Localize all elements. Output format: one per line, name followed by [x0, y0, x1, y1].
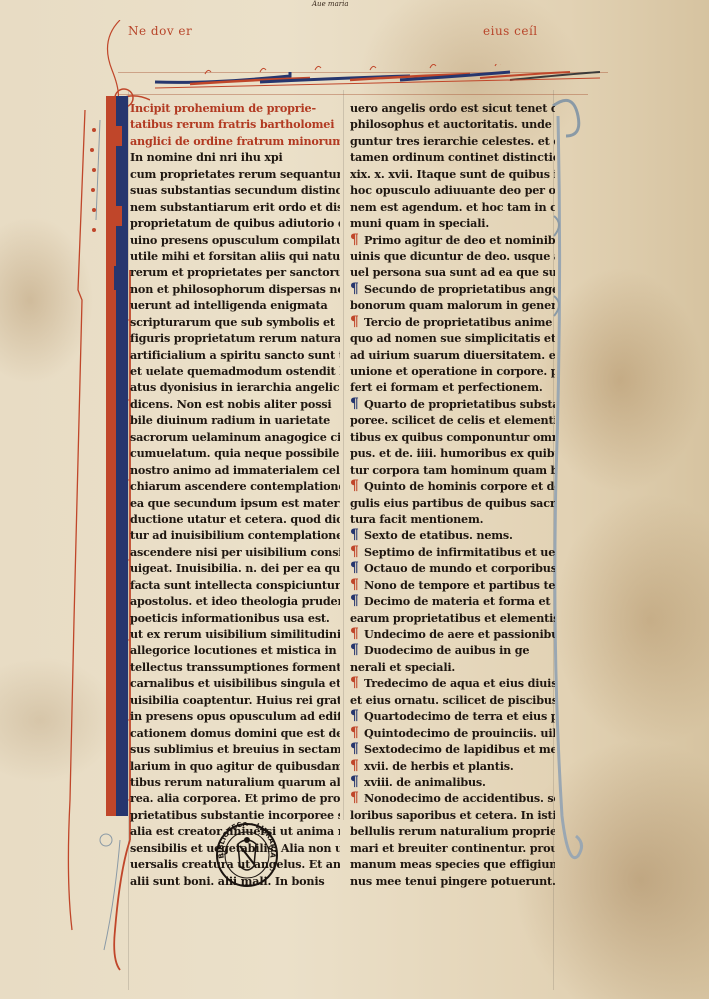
paragraph-initial-blue: ¶ — [350, 594, 362, 608]
text-line: pus. et de. iiii. humoribus ex quibus co… — [350, 445, 555, 461]
text-line-content: uel persona sua sunt ad ea que sunt fil … — [350, 265, 555, 279]
text-line-content: unione et operatione in corpore. prout c… — [350, 364, 555, 378]
text-line-content: Primo agitur de deo et nominibus di — [364, 233, 555, 247]
text-line-content: Quartodecimo de terra et eius partibus. — [364, 709, 555, 723]
top-border-flourish — [150, 64, 600, 94]
text-line: prietatibus substantie incorporee secund… — [130, 807, 340, 823]
text-line: chiarum ascendere contemplationem nisi — [130, 478, 340, 494]
text-line: cationem domus domini que est dei glo — [130, 725, 340, 741]
text-line: larium in quo agitur de quibusdam propie… — [130, 758, 340, 774]
text-line-content: Secundo de proprietatibus angelorum tam — [364, 282, 555, 296]
text-line: cumuelatum. quia neque possibile est — [130, 445, 340, 461]
text-line: sacrorum uelaminum anagogice cir — [130, 429, 340, 445]
text-line: nerali et speciali. — [350, 659, 555, 675]
text-line: ¶Undecimo de aere et passionibus eius. — [350, 626, 555, 642]
text-line-content: et eius ornatu. scilicet de piscibus. — [350, 693, 555, 707]
text-line: ¶xviii. de animalibus. — [350, 774, 555, 790]
text-line: quo ad nomen sue simplicitatis et quo — [350, 330, 555, 346]
text-line: ¶Sexto de etatibus. nems. — [350, 527, 555, 543]
text-line: earum proprietatibus et elementis. — [350, 610, 555, 626]
text-line-content: tibus ex quibus componuntur omne cor — [350, 430, 555, 444]
text-line-content: Duodecimo de auibus in ge — [364, 643, 529, 657]
text-line-content: xvii. de herbis et plantis. — [364, 759, 514, 773]
text-line: muni quam in speciali. — [350, 215, 555, 231]
text-line: nostro animo ad immaterialem celestium i… — [130, 462, 340, 478]
text-line: ¶Decimo de materia et forma et — [350, 593, 555, 609]
text-line-content: uinis que dicuntur de deo. usque ad esse… — [350, 249, 555, 263]
ruling-line-mid — [343, 90, 344, 820]
text-line: poeticis informationibus usa est. — [130, 610, 340, 626]
paragraph-initial-blue: ¶ — [350, 643, 362, 657]
text-line-content: pus. et de. iiii. humoribus ex quibus co… — [350, 446, 555, 460]
text-line: non et philosophorum dispersas non cogno — [130, 281, 340, 297]
text-line: fert ei formam et perfectionem. — [350, 379, 555, 395]
text-line: cum proprietates rerum sequantur — [130, 166, 340, 182]
paragraph-initial-blue: ¶ — [350, 709, 362, 723]
text-line: ¶Quartodecimo de terra et eius partibus. — [350, 708, 555, 724]
rubric-line: anglici de ordine fratrum minorum. — [130, 133, 340, 149]
text-line: utile mihi et forsitan aliis qui naturas — [130, 248, 340, 264]
ruling-line-head — [118, 94, 588, 95]
running-head-right: eius ceíl — [483, 24, 538, 38]
text-line-content: poree. scilicet de celis et elementis at… — [350, 413, 555, 427]
text-line-content: uero angelis ordo est sicut tenet dyoni — [350, 101, 555, 115]
top-note: Aue maria — [312, 0, 349, 8]
text-line-content: Tercio de proprietatibus anime rationali… — [364, 315, 555, 329]
text-line: xix. x. xvii. Itaque sunt de quibus in — [350, 166, 555, 182]
text-line: nem substantiarum erit ordo et distincti… — [130, 199, 340, 215]
text-line: ¶Secundo de proprietatibus angelorum tam — [350, 281, 555, 297]
text-line-content: fert ei formam et perfectionem. — [350, 380, 543, 394]
text-line: uigeat. Inuisibilia. n. dei per ea que — [130, 560, 340, 576]
text-line-content: Quintodecimo de prouinciis. uilis — [364, 726, 555, 740]
text-line-content: nus mee tenui pingere potuerunt. In — [350, 874, 555, 888]
text-line-content: gulis eius partibus de quibus sacra scri… — [350, 496, 555, 510]
text-line: poree. scilicet de celis et elementis at… — [350, 412, 555, 428]
text-line-content: manum meas species que effigiunt ma — [350, 857, 555, 871]
text-line-content: bellulis rerum naturalium proprietates s… — [350, 824, 555, 838]
text-line: ¶Quarto de proprietatibus substantie cor — [350, 396, 555, 412]
text-line: tamen ordinum continet distinctiones — [350, 149, 555, 165]
text-line: figuris proprietatum rerum naturalium et — [130, 330, 340, 346]
text-column-left: Incipit prohemium de proprie- tatibus re… — [130, 100, 340, 889]
text-line: tellectus transsumptiones formentur. et … — [130, 659, 340, 675]
text-line: artificialium a spiritu sancto sunt trad… — [130, 347, 340, 363]
text-line: ¶Nono de tempore et partibus temporis. — [350, 577, 555, 593]
right-margin-flourish — [548, 96, 608, 896]
text-line: nus mee tenui pingere potuerunt. In — [350, 873, 555, 889]
text-line-content: Quinto de hominis corpore et de sin — [364, 479, 555, 493]
text-line: uino presens opusculum compilatum — [130, 232, 340, 248]
text-line-content: hoc opusculo adiuuante deo per ordi — [350, 183, 555, 197]
paragraph-initial-red: ¶ — [350, 479, 362, 493]
text-line: allegorice locutiones et mistica in — [130, 642, 340, 658]
text-line: tur ad inuisibilium contemplationem — [130, 527, 340, 543]
paragraph-initial-blue: ¶ — [350, 282, 362, 296]
text-line: tur corpora tam hominum quam brutorum. — [350, 462, 555, 478]
text-line-content: Quarto de proprietatibus substantie cor — [364, 397, 555, 411]
text-line: loribus saporibus et cetera. In istis. x… — [350, 807, 555, 823]
text-line: bellulis rerum naturalium proprietates s… — [350, 823, 555, 839]
paragraph-initial-red: ¶ — [350, 791, 362, 805]
text-line: ¶Octauo de mundo et corporibus celestibu… — [350, 560, 555, 576]
text-line: apostolus. et ideo theologia prudenter s… — [130, 593, 340, 609]
text-line-content: nerali et speciali. — [350, 660, 455, 674]
text-line-content: mari et breuiter continentur. prout ad — [350, 841, 555, 855]
paragraph-initial-red: ¶ — [350, 315, 362, 329]
text-line: uisibilia coaptentur. Huius rei gratia — [130, 692, 340, 708]
text-line: et uelate quemadmodum ostendit be — [130, 363, 340, 379]
text-line: ad uirium suarum diuersitatem. et de eiu… — [350, 347, 555, 363]
text-line: suas substantias secundum distinctionem … — [130, 182, 340, 198]
text-line-content: loribus saporibus et cetera. In istis. x… — [350, 808, 555, 822]
paragraph-initial-red: ¶ — [350, 726, 362, 740]
paragraph-initial-red: ¶ — [350, 578, 362, 592]
text-line: tura facit mentionem. — [350, 511, 555, 527]
text-line-content: Octauo de mundo et corporibus celestibus… — [364, 561, 555, 575]
text-line: ¶Tercio de proprietatibus anime rational… — [350, 314, 555, 330]
text-line: sus sublimius et breuius in sectam scho — [130, 741, 340, 757]
text-line: uero angelis ordo est sicut tenet dyoni — [350, 100, 555, 116]
paragraph-initial-blue: ¶ — [350, 528, 362, 542]
text-line: hoc opusculo adiuuante deo per ordi — [350, 182, 555, 198]
paragraph-initial-blue: ¶ — [350, 775, 362, 789]
text-line: bonorum quam malorum in generali et in s… — [350, 297, 555, 313]
rubric-line: Incipit prohemium de proprie- — [130, 100, 340, 116]
text-line: rerum et proprietates per sanctorum libr… — [130, 264, 340, 280]
text-line-content: Sexto de etatibus. nems. — [364, 528, 513, 542]
right-column-text: uero angelis ordo est sicut tenet dyonip… — [350, 100, 555, 889]
paragraph-initial-red: ¶ — [350, 545, 362, 559]
text-line: gulis eius partibus de quibus sacra scri… — [350, 495, 555, 511]
text-line: et eius ornatu. scilicet de piscibus. — [350, 692, 555, 708]
text-line: ¶xvii. de herbis et plantis. — [350, 758, 555, 774]
text-line-content: bonorum quam malorum in generali et in s… — [350, 298, 555, 312]
text-line: ductione utatur et cetera. quod dicit. S… — [130, 511, 340, 527]
paragraph-initial-red: ¶ — [350, 759, 362, 773]
text-line-content: xviii. de animalibus. — [364, 775, 486, 789]
text-line: carnalibus et uisibilibus singula et in — [130, 675, 340, 691]
text-line-content: Septimo de infirmitatibus et ue — [364, 545, 555, 559]
text-line: mari et breuiter continentur. prout ad — [350, 840, 555, 856]
text-line-content: quo ad nomen sue simplicitatis et quo — [350, 331, 555, 345]
rubric-line: tatibus rerum fratris bartholomei — [130, 116, 340, 132]
text-column-right: uero angelis ordo est sicut tenet dyonip… — [350, 100, 555, 889]
text-line-content: guntur tres ierarchie celestes. et quali… — [350, 134, 555, 148]
text-line-content: Decimo de materia et forma et — [364, 594, 550, 608]
text-line-content: muni quam in speciali. — [350, 216, 489, 230]
text-line: ea que secundum ipsum est materiali manu — [130, 495, 340, 511]
text-line: ¶Primo agitur de deo et nominibus di — [350, 232, 555, 248]
text-line: rea. alia corporea. Et primo de pro — [130, 790, 340, 806]
text-line: uinis que dicuntur de deo. usque ad esse… — [350, 248, 555, 264]
text-line: uerunt ad intelligenda enigmata — [130, 297, 340, 313]
text-line: guntur tres ierarchie celestes. et quali… — [350, 133, 555, 149]
text-line-content: Undecimo de aere et passionibus eius. — [364, 627, 555, 641]
text-line-content: xix. x. xvii. Itaque sunt de quibus in — [350, 167, 555, 181]
text-line-content: ad uirium suarum diuersitatem. et de eiu… — [350, 348, 555, 362]
text-line-content: tur corpora tam hominum quam brutorum. — [350, 463, 555, 477]
paragraph-initial-red: ¶ — [350, 676, 362, 690]
text-line: tibus ex quibus componuntur omne cor — [350, 429, 555, 445]
text-line: in presens opus opusculum ad edifi — [130, 708, 340, 724]
text-line: scripturarum que sub symbolis et — [130, 314, 340, 330]
text-line-content: nem est agendum. et hoc tam in com — [350, 200, 555, 214]
text-line: ¶Septimo de infirmitatibus et ue — [350, 544, 555, 560]
text-line-content: tura facit mentionem. — [350, 512, 483, 526]
text-line: philosophus et auctoritatis. unde a beat… — [350, 116, 555, 132]
text-line: dicens. Non est nobis aliter possi — [130, 396, 340, 412]
text-line: facta sunt intellecta conspiciuntur ut d… — [130, 577, 340, 593]
paragraph-initial-blue: ¶ — [350, 561, 362, 575]
illuminated-initial-i — [104, 96, 130, 816]
text-line: ¶Quinto de hominis corpore et de sin — [350, 478, 555, 494]
text-line: unione et operatione in corpore. prout c… — [350, 363, 555, 379]
text-line: nem est agendum. et hoc tam in com — [350, 199, 555, 215]
left-column-text: In nomine dni nri ihu xpicum proprietate… — [130, 149, 340, 889]
text-line-content: Nonodecimo de accidentibus. scilicet de … — [364, 791, 555, 805]
text-line: tibus rerum naturalium quarum alia est i… — [130, 774, 340, 790]
text-line-content: tamen ordinum continet distinctiones — [350, 150, 555, 164]
paragraph-initial-blue: ¶ — [350, 397, 362, 411]
text-line: ¶Quintodecimo de prouinciis. uilis — [350, 725, 555, 741]
library-stamp: BIBLIOTECA · LIBRARIA — [214, 822, 280, 888]
text-line: manum meas species que effigiunt ma — [350, 856, 555, 872]
text-line: uel persona sua sunt ad ea que sunt fil … — [350, 264, 555, 280]
text-line: ¶Nonodecimo de accidentibus. scilicet de… — [350, 790, 555, 806]
text-line: atus dyonisius in ierarchia angelica cap… — [130, 379, 340, 395]
paragraph-initial-red: ¶ — [350, 627, 362, 641]
text-line: bile diuinum radium in uarietate — [130, 412, 340, 428]
text-line: ¶Tredecimo de aqua et eius diuis — [350, 675, 555, 691]
text-line-content: Tredecimo de aqua et eius diuis — [364, 676, 555, 690]
text-line: ¶Sextodecimo de lapidibus et me — [350, 741, 555, 757]
text-line-content: philosophus et auctoritatis. unde a beat… — [350, 117, 555, 131]
text-line: In nomine dni nri ihu xpi — [130, 149, 340, 165]
text-line-content: Sextodecimo de lapidibus et me — [364, 742, 555, 756]
paragraph-initial-red: ¶ — [350, 233, 362, 247]
text-line: ¶Duodecimo de auibus in ge — [350, 642, 555, 658]
text-line: proprietatum de quibus adiutorio di — [130, 215, 340, 231]
text-line-content: earum proprietatibus et elementis. — [350, 611, 555, 625]
text-line: ascendere nisi per uisibilium considerat… — [130, 544, 340, 560]
text-line-content: Nono de tempore et partibus temporis. — [364, 578, 555, 592]
text-line: ut ex rerum uisibilium similitudinibus — [130, 626, 340, 642]
paragraph-initial-blue: ¶ — [350, 742, 362, 756]
